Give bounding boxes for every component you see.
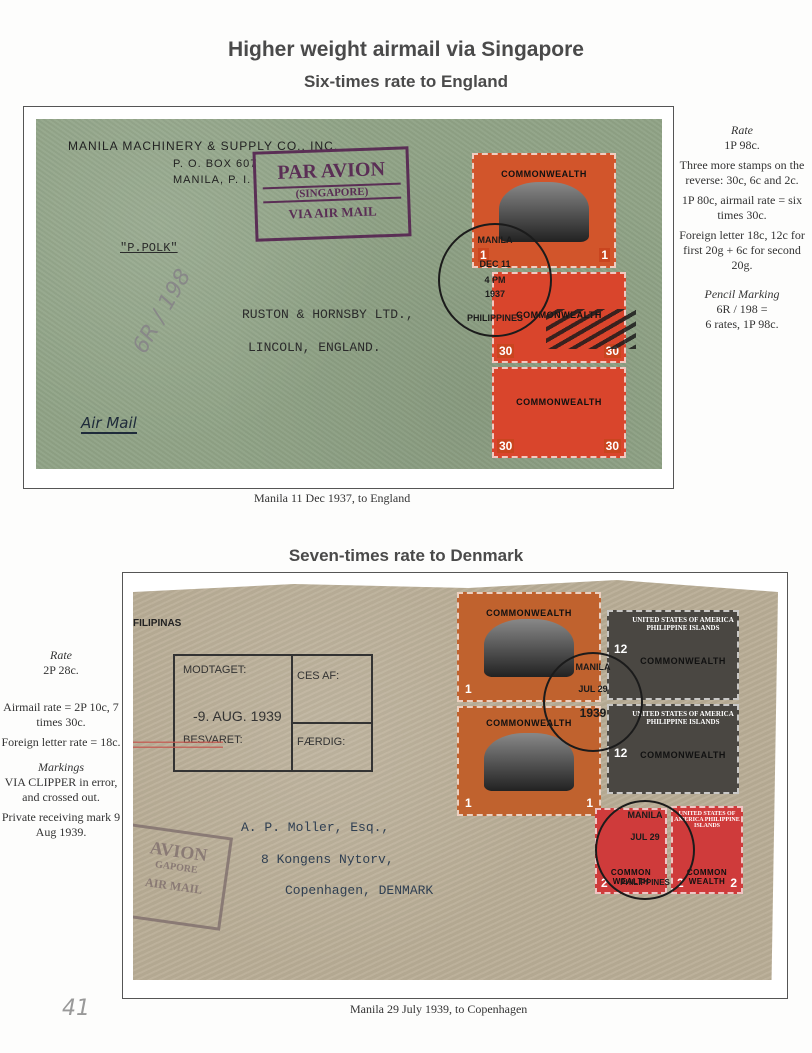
caption-denmark: Manila 29 July 1939, to Copenhagen [350, 1002, 527, 1017]
notes-england: Rate1P 98c. Three more stamps on the rev… [672, 123, 812, 337]
manila-postmark-1939-lower: MANILA JUL 29 PHILIPPINES [595, 800, 695, 900]
manila-postmark-1937: MANILA DEC 11 4 PM 1937 PHILIPPINES [438, 223, 552, 337]
par-avion-cachet: AVION GAPORE AIR MAIL [133, 823, 233, 931]
cover-england: MANILA MACHINERY & SUPPLY CO., INC. P. O… [36, 119, 662, 469]
addressee-line-1: RUSTON & HORNSBY LTD., [242, 307, 414, 322]
page-title: Higher weight airmail via Singapore [0, 38, 812, 62]
par-avion-cachet: PAR AVION (SINGAPORE) VIA AIR MAIL [252, 146, 411, 241]
via-clipper-crossed-out [133, 738, 223, 748]
cover-denmark: FILIPINAS MODTAGET: CES AF: -9. AUG. 193… [133, 580, 778, 980]
section-title-england: Six-times rate to England [0, 72, 812, 92]
sender-line-2: P. O. BOX 607 [173, 158, 257, 170]
section-title-denmark: Seven-times rate to Denmark [0, 546, 812, 566]
caption-england: Manila 11 Dec 1937, to England [254, 491, 410, 506]
page-number: 41 [62, 996, 90, 1021]
receiving-mark-box: MODTAGET: CES AF: -9. AUG. 1939 BESVARET… [173, 654, 373, 772]
air-mail-label: Air Mail [81, 414, 137, 434]
reference-text: "P.POLK" [120, 241, 178, 255]
addressee-line-2: 8 Kongens Nytorv, [261, 852, 394, 867]
killer-bars-cancel [546, 309, 636, 349]
filipinas-imprint: FILIPINAS [133, 618, 181, 629]
stamp-30-centavos-2: COMMONWEALTH 30 30 [492, 367, 626, 458]
manila-postmark-1939-upper: MANILA JUL 29 1939 [543, 652, 643, 752]
addressee-line-1: A. P. Moller, Esq., [241, 820, 389, 835]
addressee-line-2: LINCOLN, ENGLAND. [248, 340, 381, 355]
addressee-line-3: Copenhagen, DENMARK [285, 883, 433, 898]
notes-denmark: Rate2P 28c. Airmail rate = 2P 10c, 7 tim… [0, 648, 122, 845]
pencil-marking: 6R / 198 [128, 265, 196, 358]
sender-line-3: MANILA, P. I. [173, 174, 251, 186]
